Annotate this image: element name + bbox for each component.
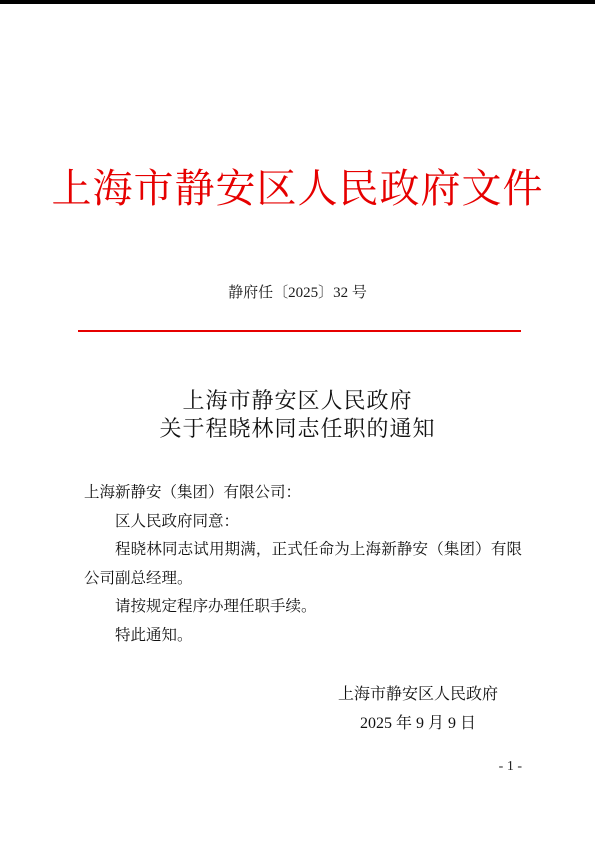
notice-title-line2: 关于程晓林同志任职的通知: [0, 415, 595, 443]
signature-block: 上海市静安区人民政府 2025 年 9 月 9 日: [298, 681, 538, 738]
top-edge-bar: [0, 0, 595, 4]
body-paragraph: 特此通知。: [84, 622, 522, 651]
page-number: - 1 -: [499, 757, 522, 777]
body-paragraph: 程晓林同志试用期满，正式任命为上海新静安（集团）有限公司副总经理。: [84, 536, 522, 593]
signature-date: 2025 年 9 月 9 日: [298, 710, 538, 739]
notice-title-line1: 上海市静安区人民政府: [0, 387, 595, 415]
signature-org: 上海市静安区人民政府: [298, 681, 538, 710]
notice-body: 上海新静安（集团）有限公司： 区人民政府同意： 程晓林同志试用期满，正式任命为上…: [84, 479, 522, 651]
salutation-line: 上海新静安（集团）有限公司：: [84, 479, 522, 508]
document-page: 上海市静安区人民政府文件 静府任〔2025〕32 号 上海市静安区人民政府 关于…: [0, 0, 595, 841]
red-header-title: 上海市静安区人民政府文件: [0, 166, 595, 212]
red-divider-line: [78, 330, 521, 332]
notice-title: 上海市静安区人民政府 关于程晓林同志任职的通知: [0, 387, 595, 443]
document-number: 静府任〔2025〕32 号: [0, 283, 595, 303]
body-paragraph: 区人民政府同意：: [84, 508, 522, 537]
body-paragraph: 请按规定程序办理任职手续。: [84, 593, 522, 622]
